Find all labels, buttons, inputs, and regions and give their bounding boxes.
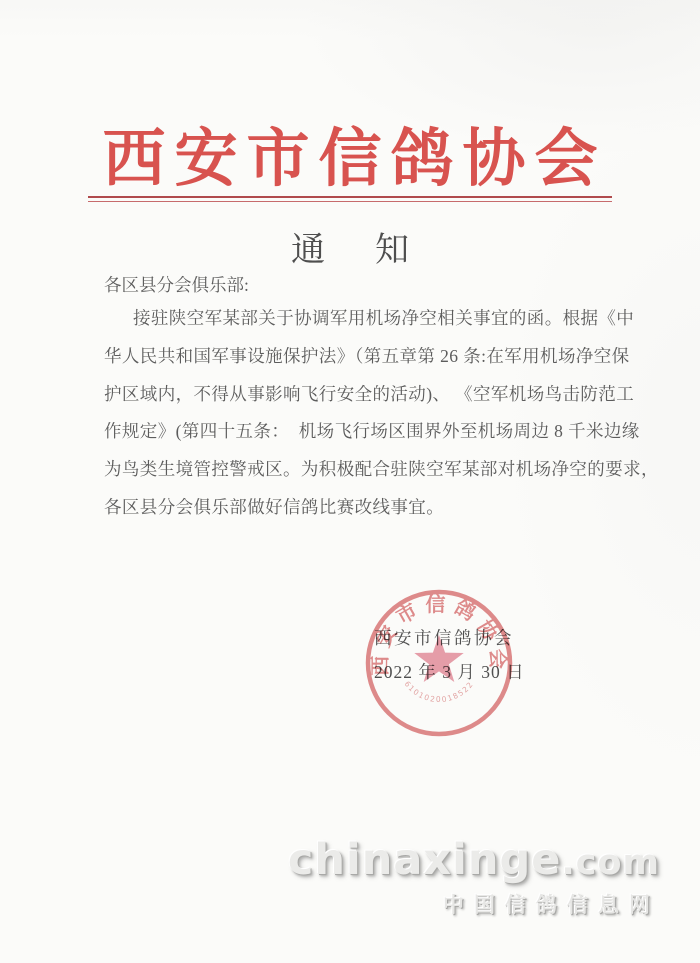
body-line: 各区县分会俱乐部做好信鸽比赛改线事宜。 (104, 489, 624, 527)
body-line: 华人民共和国军事设施保护法》（第五章第 26 条:在军用机场净空保 (104, 338, 624, 376)
watermark-tld: .com (561, 843, 660, 883)
document-page: { "page": { "org_title": "西安市信鸽协会", "doc… (0, 0, 700, 963)
org-title: 西安市信鸽协会 (0, 108, 700, 199)
signature: 西安市信鸽协会 (374, 625, 514, 650)
doc-title-char-2: 知 (375, 222, 409, 271)
body-line: 为鸟类生境管控警戒区。为积极配合驻陕空军某部对机场净空的要求， (104, 451, 624, 489)
watermark-domain: chinaxinge.com (288, 840, 660, 883)
body-paragraph: 接驻陕空军某部关于协调军用机场净空相关事宜的函。根据《中 华人民共和国军事设施保… (104, 300, 624, 527)
header-rule (88, 196, 612, 202)
doc-title: 通 知 (0, 222, 700, 271)
watermark-domain-name: chinaxinge (288, 835, 562, 885)
body-line: 作规定》(第四十五条： 机场飞行场区围界外至机场周边 8 千米边缘 (104, 413, 624, 451)
salutation: 各区县分会俱乐部: (104, 272, 249, 297)
body-line: 护区域内，不得从事影响飞行安全的活动)、 《空军机场鸟击防范工 (104, 376, 624, 414)
date: 2022 年 3 月 30 日 (374, 659, 525, 684)
watermark: chinaxinge.com 中国信鸽信息网 (288, 840, 660, 919)
watermark-site-name: 中国信鸽信息网 (288, 889, 660, 919)
body-line: 接驻陕空军某部关于协调军用机场净空相关事宜的函。根据《中 (104, 300, 624, 338)
doc-title-char-1: 通 (291, 222, 325, 271)
